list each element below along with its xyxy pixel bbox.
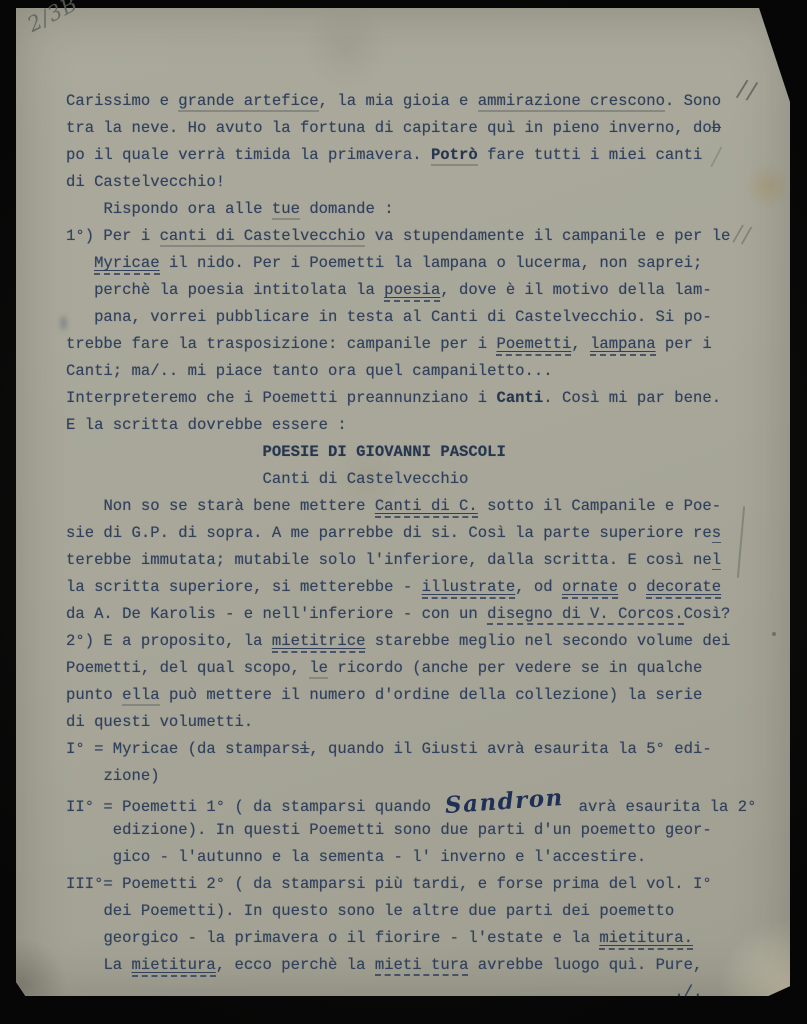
text-line: Carissimo e grande artefice, la mia gioi… [66,88,778,115]
text-run: Canti di C. [375,497,478,518]
text-run: domande : [300,200,394,218]
text-line: terebbe immutata; mutabile solo l'inferi… [66,547,778,574]
text-run: poesia [384,281,440,302]
text-run: tue [272,200,300,220]
text-line: dei Poemetti). In questo sono le altre d… [66,898,778,925]
text-line: punto ella può mettere il numero d'ordin… [66,682,778,709]
text-run: per i [656,335,712,353]
text-line: Canti; ma/.. mi piace tanto ora quel cam… [66,358,778,385]
text-run: , ecco perchè la [216,956,375,974]
text-line: georgico - la primavera o il fiorire - l… [66,925,778,952]
text-line: POESIE DI GIOVANNI PASCOLI [66,439,778,466]
text-run: mieti tura [375,956,469,976]
text-run: ammirazione crescono [478,92,665,112]
text-line: E la scritta dovrebbe essere : [66,412,778,439]
text-run: mietitrice [272,632,366,653]
text-run: Interpreteremo che i Poemetti preannunzi… [66,389,496,407]
text-run: edizione). In questi Poemetti sono due p… [113,821,712,839]
text-run: fare tutti i miei canti [478,146,703,164]
text-run: Potrò [431,146,478,166]
text-run: po il quale verrà timida la primavera. [66,146,431,164]
text-run: di questi volumetti. [66,713,253,731]
text-run: Myricae [94,254,160,275]
text-line: di Castelvecchio! [66,169,778,196]
text-run: I° = Myricae (da stampars [66,740,300,758]
text-run: ./. [674,983,702,1001]
text-run: Non so se starà bene mettere [103,497,374,515]
text-line: Interpreteremo che i Poemetti preannunzi… [66,385,778,412]
text-run: dei Poemetti). In questo sono le altre d… [103,902,674,920]
text-run: ella [122,686,159,706]
text-run: terebbe immutata; mutabile solo l'inferi… [66,551,712,569]
text-line: III°= Poemetti 2° ( da stamparsi più tar… [66,871,778,898]
text-run: II° = Poemetti 1° ( da stamparsi quando [66,798,440,816]
text-run: sie di G.P. di sopra. A me parrebbe di s… [66,524,712,542]
text-run: punto [66,686,122,704]
text-run: zione) [103,767,159,785]
text-run: mietitura [132,956,216,977]
text-run: l [712,551,721,570]
text-line: Myricae il nido. Per i Poemetti la lampa… [66,250,778,277]
text-run: s [712,524,721,543]
text-line: di questi volumetti. [66,709,778,736]
text-run: le [309,659,328,679]
text-run: ornate [562,578,618,599]
text-run: 1°) Per i [66,227,160,245]
text-line: pana, vorrei pubblicare in testa al Cant… [66,304,778,331]
text-run: III°= Poemetti 2° ( da stamparsi più tar… [66,875,712,893]
text-line: gico - l'autunno e la sementa - l' inver… [66,844,778,871]
text-line: Non so se starà bene mettere Canti di C.… [66,493,778,520]
text-line: 1°) Per i canti di Castelvecchio va stup… [66,223,778,250]
text-run: Rispondo ora alle [103,200,271,218]
text-run: canti di Castelvecchio [160,227,366,247]
text-run: Canti [496,389,543,407]
text-run: Carissimo e [66,92,178,110]
text-run: mietitura. [599,929,693,950]
pencil-dot-mark [772,632,776,636]
text-run: pana, vorrei pubblicare in testa al Cant… [94,308,712,326]
text-run: può mettere il numero d'ordine della col… [160,686,703,704]
text-run: . Sono [665,92,721,110]
text-run: perchè la poesia intitolata la [94,281,384,299]
text-run: georgico - la primavera o il fiorire - l… [103,929,599,947]
text-line: perchè la poesia intitolata la poesia, d… [66,277,778,304]
text-run: , [571,335,590,353]
text-run: , quando il Giusti avrà esaurita la 5° e… [309,740,711,758]
letter-page: Carissimo e grande artefice, la mia gioi… [16,8,790,996]
text-run: o [618,578,646,596]
text-line: Canti di Castelvecchio [66,466,778,493]
text-run: la scritta superiore, si metterebbe - [66,578,422,596]
text-run: avrebbe luogo quì. Pure, [468,956,702,974]
text-run: illustrate [422,578,516,599]
text-run: La [103,956,131,974]
text-line: da A. De Karolis - e nell'inferiore - co… [66,601,778,628]
text-run: ricordo (anche per vedere se in qualche [328,659,702,677]
text-run: i [300,740,309,758]
text-run: sotto il Campanile e Poe- [478,497,721,515]
text-run: di Castelvecchio! [66,173,225,191]
text-run: Poemetti [496,335,571,356]
text-run: 2°) E a proposito, la [66,632,272,650]
text-line: po il quale verrà timida la primavera. P… [66,142,778,169]
text-line: I° = Myricae (da stamparsi, quando il Gi… [66,736,778,763]
text-run: Così? [684,605,731,623]
text-line: tra la neve. Ho avuto la fortuna di capi… [66,115,778,142]
text-run: tra la neve. Ho avuto la fortuna di capi… [66,119,712,137]
text-run: b [712,119,721,137]
text-line: zione) [66,763,778,790]
text-line: 2°) E a proposito, la mietitrice starebb… [66,628,778,655]
scanned-letter-screenshot: { "colors": { "paper": "#a8a799", "ink":… [0,0,807,1024]
text-run: Canti di Castelvecchio [263,470,469,488]
text-run: , la mia gioia e [319,92,478,110]
text-line: Poemetti, del qual scopo, le ricordo (an… [66,655,778,682]
text-run: . Così mi par bene. [543,389,721,407]
text-run: , dove è il motivo della lam- [440,281,711,299]
text-lines: Carissimo e grande artefice, la mia gioi… [66,88,778,1006]
text-run: avrà esaurita la 2° [569,798,756,816]
text-line: II° = Poemetti 1° ( da stamparsi quando … [66,790,778,817]
text-run: da A. De Karolis - e nell'inferiore - co… [66,605,487,623]
text-line: edizione). In questi Poemetti sono due p… [66,817,778,844]
text-line: ./. [66,979,778,1006]
text-run: POESIE DI GIOVANNI PASCOLI [263,443,506,461]
text-run: , od [515,578,562,596]
text-run: grande artefice [178,92,318,112]
text-line: La mietitura, ecco perchè la mieti tura … [66,952,778,979]
text-run: starebbe meglio nel secondo volume dei [365,632,730,650]
ink-smudge [60,316,67,330]
text-run: trebbe fare la trasposizione: campanile … [66,335,496,353]
text-line: trebbe fare la trasposizione: campanile … [66,331,778,358]
text-run: Canti; ma/.. mi piace tanto ora quel cam… [66,362,553,380]
text-run: disegno di V. Corcos. [487,605,684,625]
text-run: E la scritta dovrebbe essere : [66,416,347,434]
text-line: Rispondo ora alle tue domande : [66,196,778,223]
text-run: gico - l'autunno e la sementa - l' inver… [113,848,646,866]
text-line: sie di G.P. di sopra. A me parrebbe di s… [66,520,778,547]
text-run: lampana [590,335,656,356]
text-run: Poemetti, del qual scopo, [66,659,309,677]
text-line: la scritta superiore, si metterebbe - il… [66,574,778,601]
text-run: il nido. Per i Poemetti la lampana o luc… [160,254,703,272]
text-run: va stupendamente il campanile e per le [365,227,730,245]
text-run: decorate [646,578,721,599]
